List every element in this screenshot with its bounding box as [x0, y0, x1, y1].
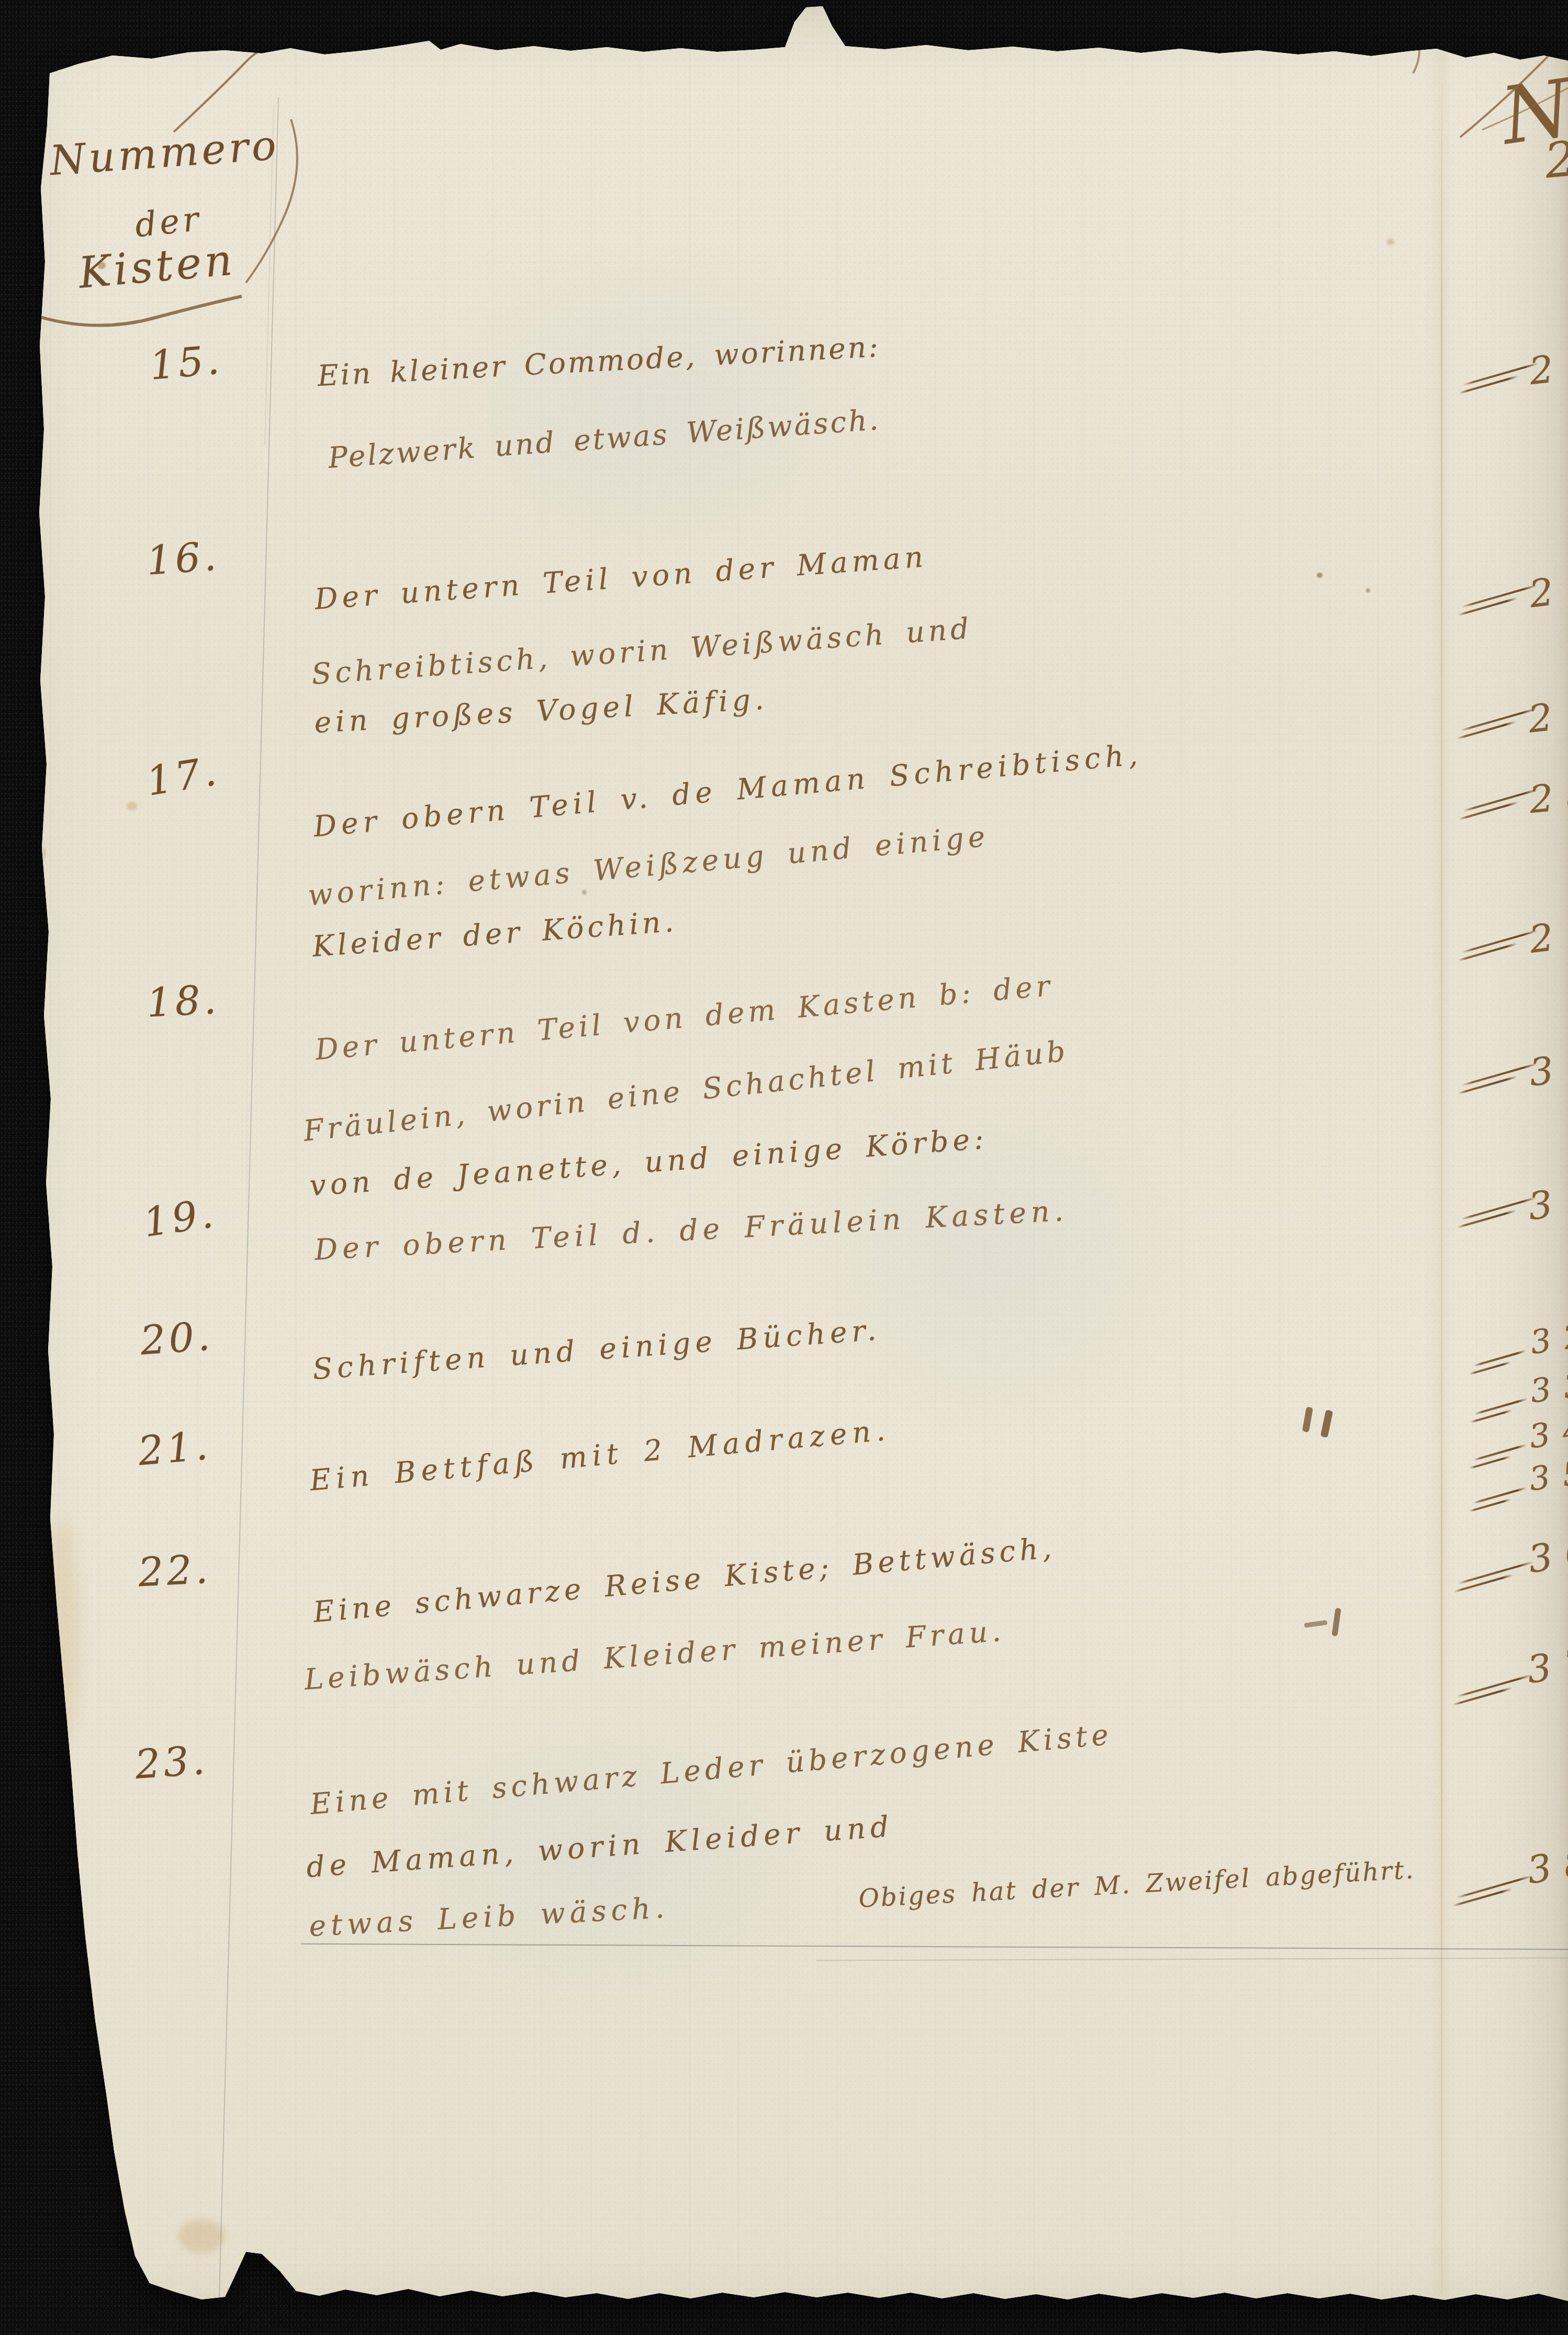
- stray-tick: [1331, 1607, 1341, 1636]
- entry-number: 15.: [148, 336, 224, 389]
- scan-background: { "document": { "description": "Scanned …: [0, 0, 1568, 2335]
- entry-line: ein großes Vogel Käfig.: [313, 682, 769, 739]
- check-mark-icon: [1457, 1674, 1538, 1717]
- header-flourish: [0, 0, 366, 366]
- entry-number: 17.: [143, 747, 222, 805]
- check-mark-icon: [1457, 1875, 1538, 1918]
- entry-number: 20.: [139, 1312, 215, 1364]
- entry-number: 18.: [145, 976, 220, 1026]
- margin-number: 38: [1525, 1839, 1568, 1893]
- fox-spot: [1366, 588, 1370, 593]
- edge-stain: [44, 1518, 81, 1748]
- margin-number: 30: [1527, 1043, 1568, 1094]
- paper-shadow-wrap: Nummero der Kisten 15. Ein kleiner Commo…: [0, 0, 1568, 2335]
- margin-number: 25: [1527, 342, 1568, 393]
- margin-number: 36: [1526, 1528, 1568, 1582]
- manuscript-page: Nummero der Kisten 15. Ein kleiner Commo…: [0, 0, 1568, 2335]
- margin-number: 37: [1525, 1639, 1568, 1692]
- margin-number: 35: [1527, 1453, 1568, 1499]
- entry-number: 21.: [136, 1422, 212, 1474]
- stray-tick: [1320, 1410, 1334, 1438]
- margin-number: 33: [1528, 1365, 1568, 1411]
- entry-line: Eine schwarze Reise Kiste; Bettwäsch,: [312, 1530, 1057, 1629]
- entry-line: Kleider der Köchin.: [311, 904, 678, 964]
- margin-number: 27: [1526, 690, 1568, 741]
- margin-number: 26: [1527, 564, 1568, 616]
- entry-number: 22.: [137, 1545, 212, 1595]
- pencil-rule-line: [816, 1957, 1568, 1961]
- stray-tick: [1302, 1406, 1313, 1433]
- fox-spot: [1317, 573, 1323, 578]
- edge-chip: [127, 802, 137, 810]
- entry-line: Der obern Teil v. de Maman Schreibtisch,: [312, 738, 1144, 843]
- fox-spot: [1387, 239, 1394, 245]
- paper-stain: [178, 2219, 225, 2253]
- margin-number: 32: [1528, 1315, 1568, 1362]
- margin-number: 29: [1527, 909, 1568, 962]
- stray-tick: [1304, 1620, 1328, 1628]
- entry-number: 16.: [145, 532, 221, 584]
- entry-line: Ein Bettfaß mit 2 Madrazen.: [308, 1413, 891, 1498]
- margin-rule-line: [219, 97, 279, 2298]
- margin-number: 31: [1526, 1176, 1568, 1228]
- margin-header-flourish: [1455, 21, 1568, 157]
- edge-chip: [37, 847, 46, 861]
- fox-spot: [582, 890, 587, 895]
- entry-number: 23.: [133, 1736, 209, 1787]
- margin-number: 28: [1528, 772, 1568, 822]
- check-mark-icon: [1458, 1561, 1539, 1604]
- entry-number: 19.: [140, 1190, 219, 1246]
